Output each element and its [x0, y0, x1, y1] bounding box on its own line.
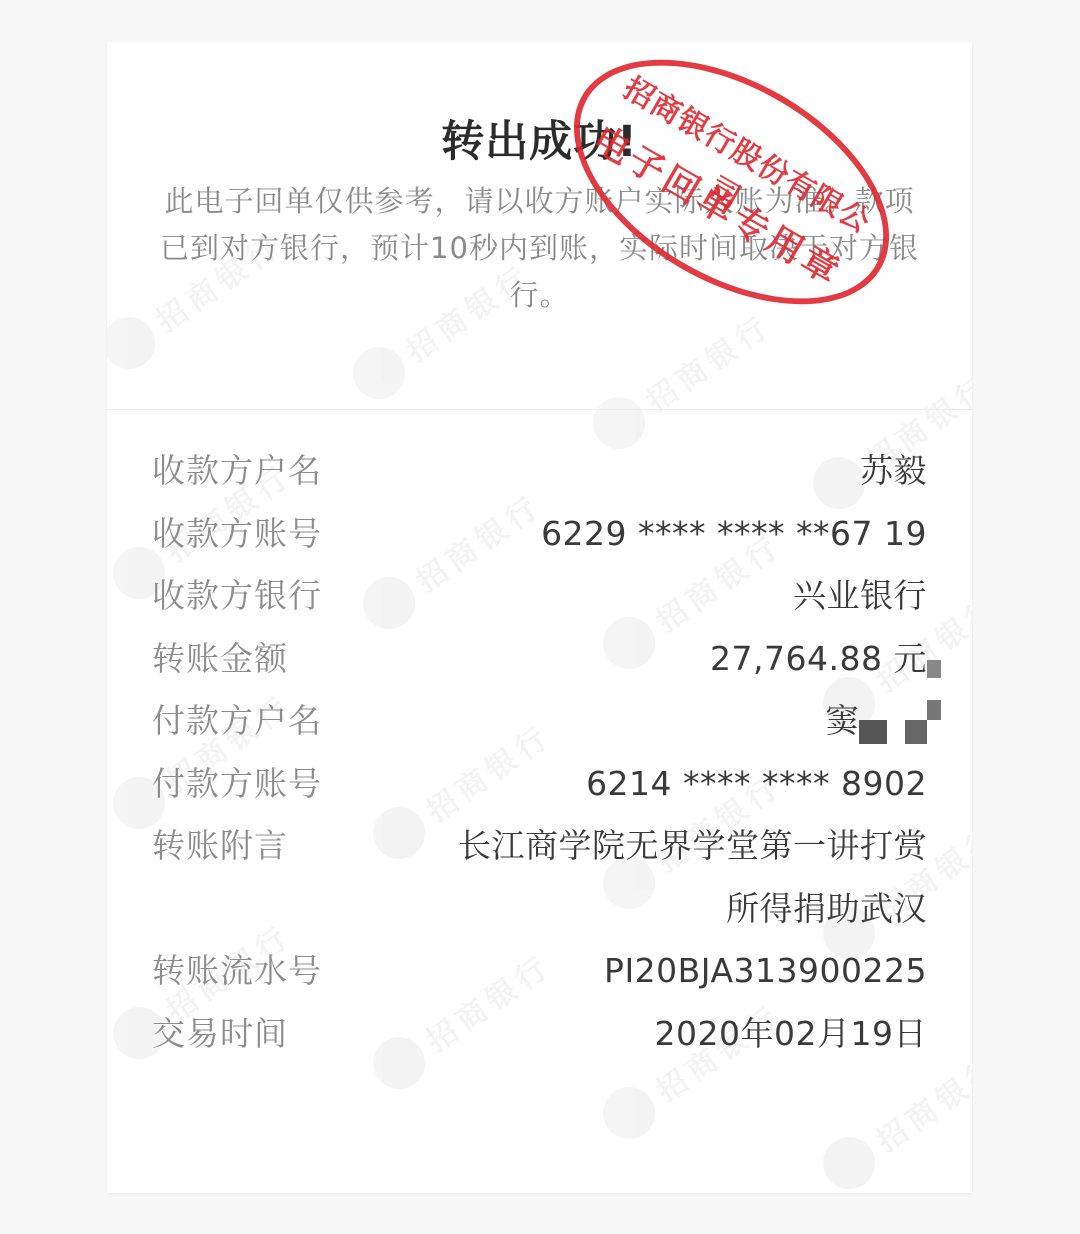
detail-row-payee-account: 收款方账号 6229 **** **** **67 19	[152, 503, 927, 566]
bank-logo-icon	[593, 1077, 665, 1149]
detail-row-serial-number: 转账流水号 PI20BJA313900225	[152, 940, 927, 1003]
detail-label: 收款方户名	[152, 440, 322, 503]
detail-value: 27,764.88 元	[710, 628, 927, 691]
page-title: 转出成功!	[107, 108, 972, 169]
detail-value: 长江商学院无界学堂第一讲打赏所得捐助武汉	[442, 815, 927, 940]
detail-value: 苏毅	[860, 440, 927, 503]
receipt-header: 转出成功! 此电子回单仅供参考，请以收方账户实际入账为准。款项已到对方银行，预计…	[107, 42, 972, 410]
mosaic-redaction	[859, 690, 939, 752]
receipt-notice: 此电子回单仅供参考，请以收方账户实际入账为准。款项已到对方银行，预计10秒内到账…	[153, 178, 926, 319]
detail-row-payer-name: 付款方户名 窦	[152, 690, 927, 753]
detail-row-memo: 转账附言 长江商学院无界学堂第一讲打赏所得捐助武汉	[152, 815, 927, 940]
detail-value: 窦	[826, 690, 940, 753]
detail-value: 兴业银行	[793, 565, 927, 628]
detail-label: 转账流水号	[152, 940, 322, 1003]
detail-value: 6214 **** **** 8902	[586, 753, 927, 816]
bank-logo-icon	[813, 1127, 885, 1193]
detail-value: 2020年02月19日	[655, 1003, 927, 1066]
detail-label: 转账金额	[152, 628, 288, 691]
detail-label: 收款方银行	[152, 565, 322, 628]
detail-label: 交易时间	[152, 1003, 288, 1066]
payer-name-visible: 窦	[826, 701, 860, 740]
detail-label: 付款方户名	[152, 690, 322, 753]
detail-value: 6229 **** **** **67 19	[541, 503, 927, 566]
detail-row-payee-bank: 收款方银行 兴业银行	[152, 565, 927, 628]
detail-value: PI20BJA313900225	[604, 940, 927, 1003]
detail-row-payee-name: 收款方户名 苏毅	[152, 440, 927, 503]
detail-label: 付款方账号	[152, 753, 322, 816]
detail-row-payer-account: 付款方账号 6214 **** **** 8902	[152, 753, 927, 816]
detail-label: 转账附言	[152, 815, 288, 878]
detail-row-transaction-time: 交易时间 2020年02月19日	[152, 1003, 927, 1066]
detail-label: 收款方账号	[152, 503, 322, 566]
receipt-card: 招商银行 招商银行 招商银行 招商银行 招商银行 招商银行 招商银行 招商银行 …	[107, 42, 972, 1193]
detail-row-amount: 转账金额 27,764.88 元	[152, 628, 927, 691]
transfer-details: 收款方户名 苏毅 收款方账号 6229 **** **** **67 19 收款…	[107, 410, 972, 1065]
